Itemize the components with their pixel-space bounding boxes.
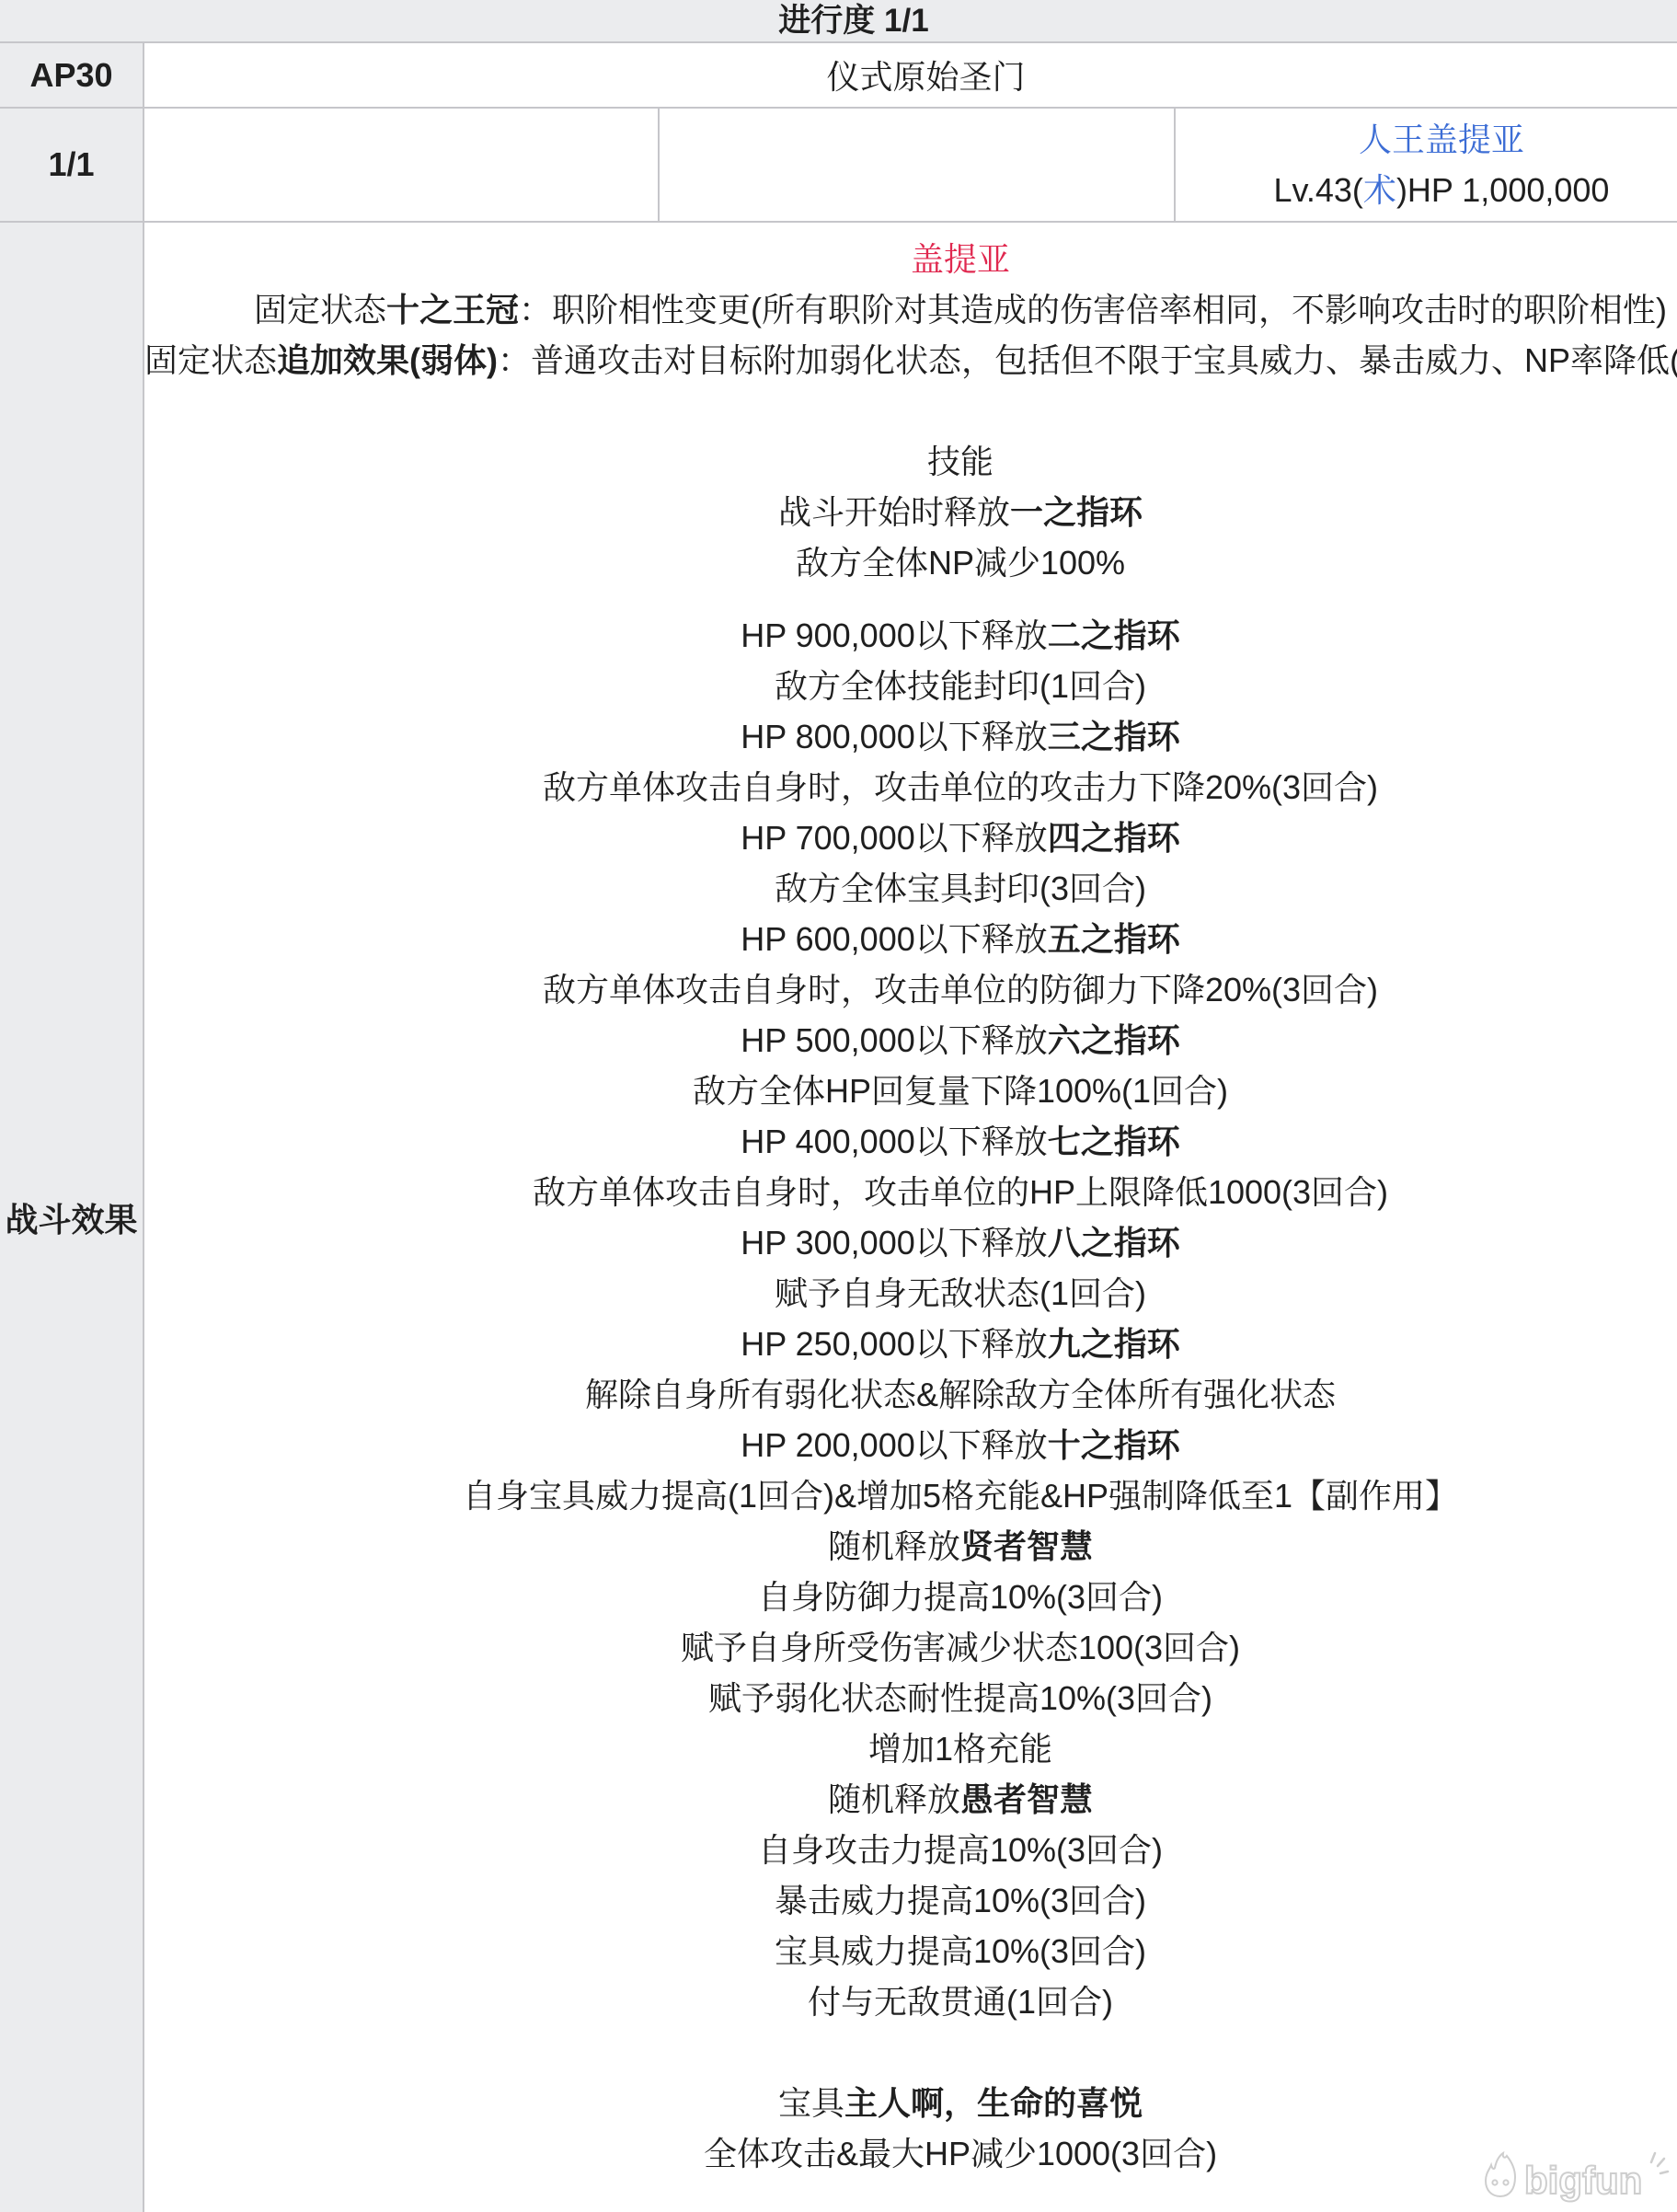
effect-line: 赋予自身所受伤害减少状态100(3回合) xyxy=(681,1622,1240,1673)
wave-empty-cell-2 xyxy=(660,109,1176,221)
text-segment: 二之指环 xyxy=(1048,616,1180,654)
battle-effects-row: 战斗效果 盖提亚固定状态十之王冠：职阶相性变更(所有职阶对其造成的伤害倍率相同，… xyxy=(0,223,1677,2212)
effect-line: 暴击威力提高10%(3回合) xyxy=(775,1875,1146,1926)
text-segment: 愚者智慧 xyxy=(960,1780,1093,1818)
effect-line: 盖提亚 xyxy=(911,234,1010,284)
text-segment: 随机释放 xyxy=(828,1780,960,1818)
text-segment: 战斗开始时释放 xyxy=(778,493,1010,531)
effect-line: 敌方全体宝具封印(3回合) xyxy=(775,863,1146,914)
text-segment: Lv.43( xyxy=(1274,171,1363,209)
text-segment: 追加效果(弱体) xyxy=(277,341,498,379)
text-segment: 自身攻击力提高10%(3回合) xyxy=(758,1831,1163,1869)
effect-line: 自身防御力提高10%(3回合) xyxy=(758,1572,1163,1622)
effect-line: 敌方单体攻击自身时，攻击单位的攻击力下降20%(3回合) xyxy=(543,762,1378,812)
text-segment: 三之指环 xyxy=(1048,718,1180,755)
text-segment: 十之王冠 xyxy=(386,291,519,328)
effect-line: 敌方全体技能封印(1回合) xyxy=(775,661,1146,711)
effect-line: 全体攻击&最大HP减少1000(3回合) xyxy=(704,2128,1217,2179)
text-segment: 增加1格充能 xyxy=(868,1730,1052,1768)
text-segment: 八之指环 xyxy=(1048,1224,1180,1262)
text-segment: 技能 xyxy=(927,443,994,480)
text-segment: HP 700,000以下释放 xyxy=(741,819,1048,857)
wave-row: 1/1 人王盖提亚 Lv.43(术)HP 1,000,000 xyxy=(0,109,1677,223)
text-segment: HP 900,000以下释放 xyxy=(741,616,1048,654)
effect-line: 敌方全体HP回复量下降100%(1回合) xyxy=(693,1066,1228,1116)
text-segment: 敌方单体攻击自身时，攻击单位的防御力下降20%(3回合) xyxy=(543,971,1378,1008)
text-segment: 敌方全体NP减少100% xyxy=(796,544,1125,582)
text-segment: 赋予自身无敌状态(1回合) xyxy=(775,1274,1146,1312)
text-segment: 六之指环 xyxy=(1048,1021,1180,1059)
effect-line: 解除自身所有弱化状态&解除敌方全体所有强化状态 xyxy=(585,1369,1336,1420)
quest-info-table: 进行度 1/1 AP30 仪式原始圣门 1/1 人王盖提亚 Lv.43(术)HP… xyxy=(0,0,1677,2212)
text-segment: 固定状态 xyxy=(144,341,277,379)
effect-line: 随机释放愚者智慧 xyxy=(828,1774,1093,1825)
effect-line: 宝具主人啊，生命的喜悦 xyxy=(778,2078,1143,2128)
text-segment: 敌方全体技能封印(1回合) xyxy=(775,667,1146,705)
text-segment: 敌方全体HP回复量下降100%(1回合) xyxy=(693,1072,1228,1110)
text-segment: HP 250,000以下释放 xyxy=(741,1325,1048,1363)
enemy-level-hp: Lv.43(术)HP 1,000,000 xyxy=(1274,165,1610,215)
effect-line: HP 800,000以下释放三之指环 xyxy=(741,711,1180,762)
text-segment: 一之指环 xyxy=(1010,493,1143,531)
effect-line: HP 200,000以下释放十之指环 xyxy=(741,1420,1180,1470)
text-segment: HP 400,000以下释放 xyxy=(741,1123,1048,1160)
text-segment: 随机释放 xyxy=(828,1527,960,1565)
text-segment: 盖提亚 xyxy=(911,240,1010,278)
text-segment: 七之指环 xyxy=(1048,1123,1180,1160)
effect-line: 固定状态追加效果(弱体)：普通攻击对目标附加弱化状态，包括但不限于宝具威力、暴击… xyxy=(144,335,1677,386)
effect-line: 自身攻击力提高10%(3回合) xyxy=(758,1825,1163,1875)
effect-line: 赋予弱化状态耐性提高10%(3回合) xyxy=(708,1673,1212,1723)
effect-line: 自身宝具威力提高(1回合)&增加5格充能&HP强制降低至1【副作用】 xyxy=(463,1470,1458,1521)
text-segment: 宝具 xyxy=(778,2084,844,2122)
text-segment: HP 600,000以下释放 xyxy=(741,920,1048,958)
effect-line: 随机释放贤者智慧 xyxy=(828,1521,1093,1572)
text-segment: HP 200,000以下释放 xyxy=(741,1426,1048,1464)
text-segment: 自身宝具威力提高(1回合)&增加5格充能&HP强制降低至1【副作用】 xyxy=(463,1477,1458,1515)
effect-line: HP 600,000以下释放五之指环 xyxy=(741,914,1180,964)
effect-line: HP 300,000以下释放八之指环 xyxy=(741,1217,1180,1268)
effect-line: 赋予自身无敌状态(1回合) xyxy=(775,1268,1146,1319)
effect-line: 增加1格充能 xyxy=(868,1723,1052,1774)
enemy-info-cell: 人王盖提亚 Lv.43(术)HP 1,000,000 xyxy=(1176,109,1677,221)
effect-line: 付与无敌贯通(1回合) xyxy=(808,1976,1113,2027)
text-segment: 固定状态 xyxy=(254,291,386,328)
quest-name: 仪式原始圣门 xyxy=(144,43,1677,107)
effect-line: 技能 xyxy=(927,436,994,487)
effect-line: HP 250,000以下释放九之指环 xyxy=(741,1319,1180,1369)
progress-header-row: 进行度 1/1 xyxy=(0,0,1677,43)
effect-line: 战斗开始时释放一之指环 xyxy=(778,487,1143,537)
text-segment: )HP 1,000,000 xyxy=(1396,171,1610,209)
effect-line: HP 500,000以下释放六之指环 xyxy=(741,1015,1180,1066)
text-segment: 敌方单体攻击自身时，攻击单位的攻击力下降20%(3回合) xyxy=(543,768,1378,806)
text-segment: ：职阶相性变更(所有职阶对其造成的伤害倍率相同，不影响攻击时的职阶相性) xyxy=(519,291,1667,328)
quest-row: AP30 仪式原始圣门 xyxy=(0,43,1677,109)
text-segment: 敌方单体攻击自身时，攻击单位的HP上限降低1000(3回合) xyxy=(533,1173,1388,1211)
effect-line: 敌方单体攻击自身时，攻击单位的防御力下降20%(3回合) xyxy=(543,964,1378,1015)
effect-line: HP 400,000以下释放七之指环 xyxy=(741,1116,1180,1167)
effect-line: 敌方单体攻击自身时，攻击单位的HP上限降低1000(3回合) xyxy=(533,1167,1388,1217)
effect-line: 固定状态十之王冠：职阶相性变更(所有职阶对其造成的伤害倍率相同，不影响攻击时的职… xyxy=(254,284,1667,335)
enemy-name-link[interactable]: 人王盖提亚 xyxy=(1359,114,1524,165)
effect-line: 宝具威力提高10%(3回合) xyxy=(775,1926,1146,1976)
text-segment: 贤者智慧 xyxy=(960,1527,1093,1565)
text-segment: 术 xyxy=(1363,171,1396,209)
text-segment: 十之指环 xyxy=(1048,1426,1180,1464)
text-segment: 宝具威力提高10%(3回合) xyxy=(775,1932,1146,1970)
progress-header: 进行度 1/1 xyxy=(0,0,1677,41)
text-segment: 全体攻击&最大HP减少1000(3回合) xyxy=(704,2135,1217,2172)
text-segment: 付与无敌贯通(1回合) xyxy=(808,1983,1113,2021)
effect-line: 敌方全体NP减少100% xyxy=(796,537,1125,588)
text-segment: 敌方全体宝具封印(3回合) xyxy=(775,870,1146,907)
effect-line: HP 700,000以下释放四之指环 xyxy=(741,812,1180,863)
battle-effects-label: 战斗效果 xyxy=(0,223,144,2212)
text-segment: 四之指环 xyxy=(1048,819,1180,857)
text-segment: 赋予弱化状态耐性提高10%(3回合) xyxy=(708,1679,1212,1717)
wave-empty-cell-1 xyxy=(144,109,660,221)
text-segment: 九之指环 xyxy=(1048,1325,1180,1363)
text-segment: 主人啊，生命的喜悦 xyxy=(844,2084,1143,2122)
text-segment: HP 800,000以下释放 xyxy=(741,718,1048,755)
wave-number-cell: 1/1 xyxy=(0,109,144,221)
text-segment: 解除自身所有弱化状态&解除敌方全体所有强化状态 xyxy=(585,1376,1336,1413)
effect-line: HP 900,000以下释放二之指环 xyxy=(741,610,1180,661)
ap-cost-cell: AP30 xyxy=(0,43,144,107)
text-segment: 自身防御力提高10%(3回合) xyxy=(758,1578,1163,1616)
text-segment: 五之指环 xyxy=(1048,920,1180,958)
text-segment: HP 500,000以下释放 xyxy=(741,1021,1048,1059)
text-segment: ：普通攻击对目标附加弱化状态，包括但不限于宝具威力、暴击威力、NP率降低(3回合… xyxy=(498,341,1677,379)
battle-effects-content: 盖提亚固定状态十之王冠：职阶相性变更(所有职阶对其造成的伤害倍率相同，不影响攻击… xyxy=(144,223,1677,2212)
text-segment: 赋予自身所受伤害减少状态100(3回合) xyxy=(681,1629,1240,1666)
text-segment: HP 300,000以下释放 xyxy=(741,1224,1048,1262)
text-segment: 暴击威力提高10%(3回合) xyxy=(775,1882,1146,1919)
